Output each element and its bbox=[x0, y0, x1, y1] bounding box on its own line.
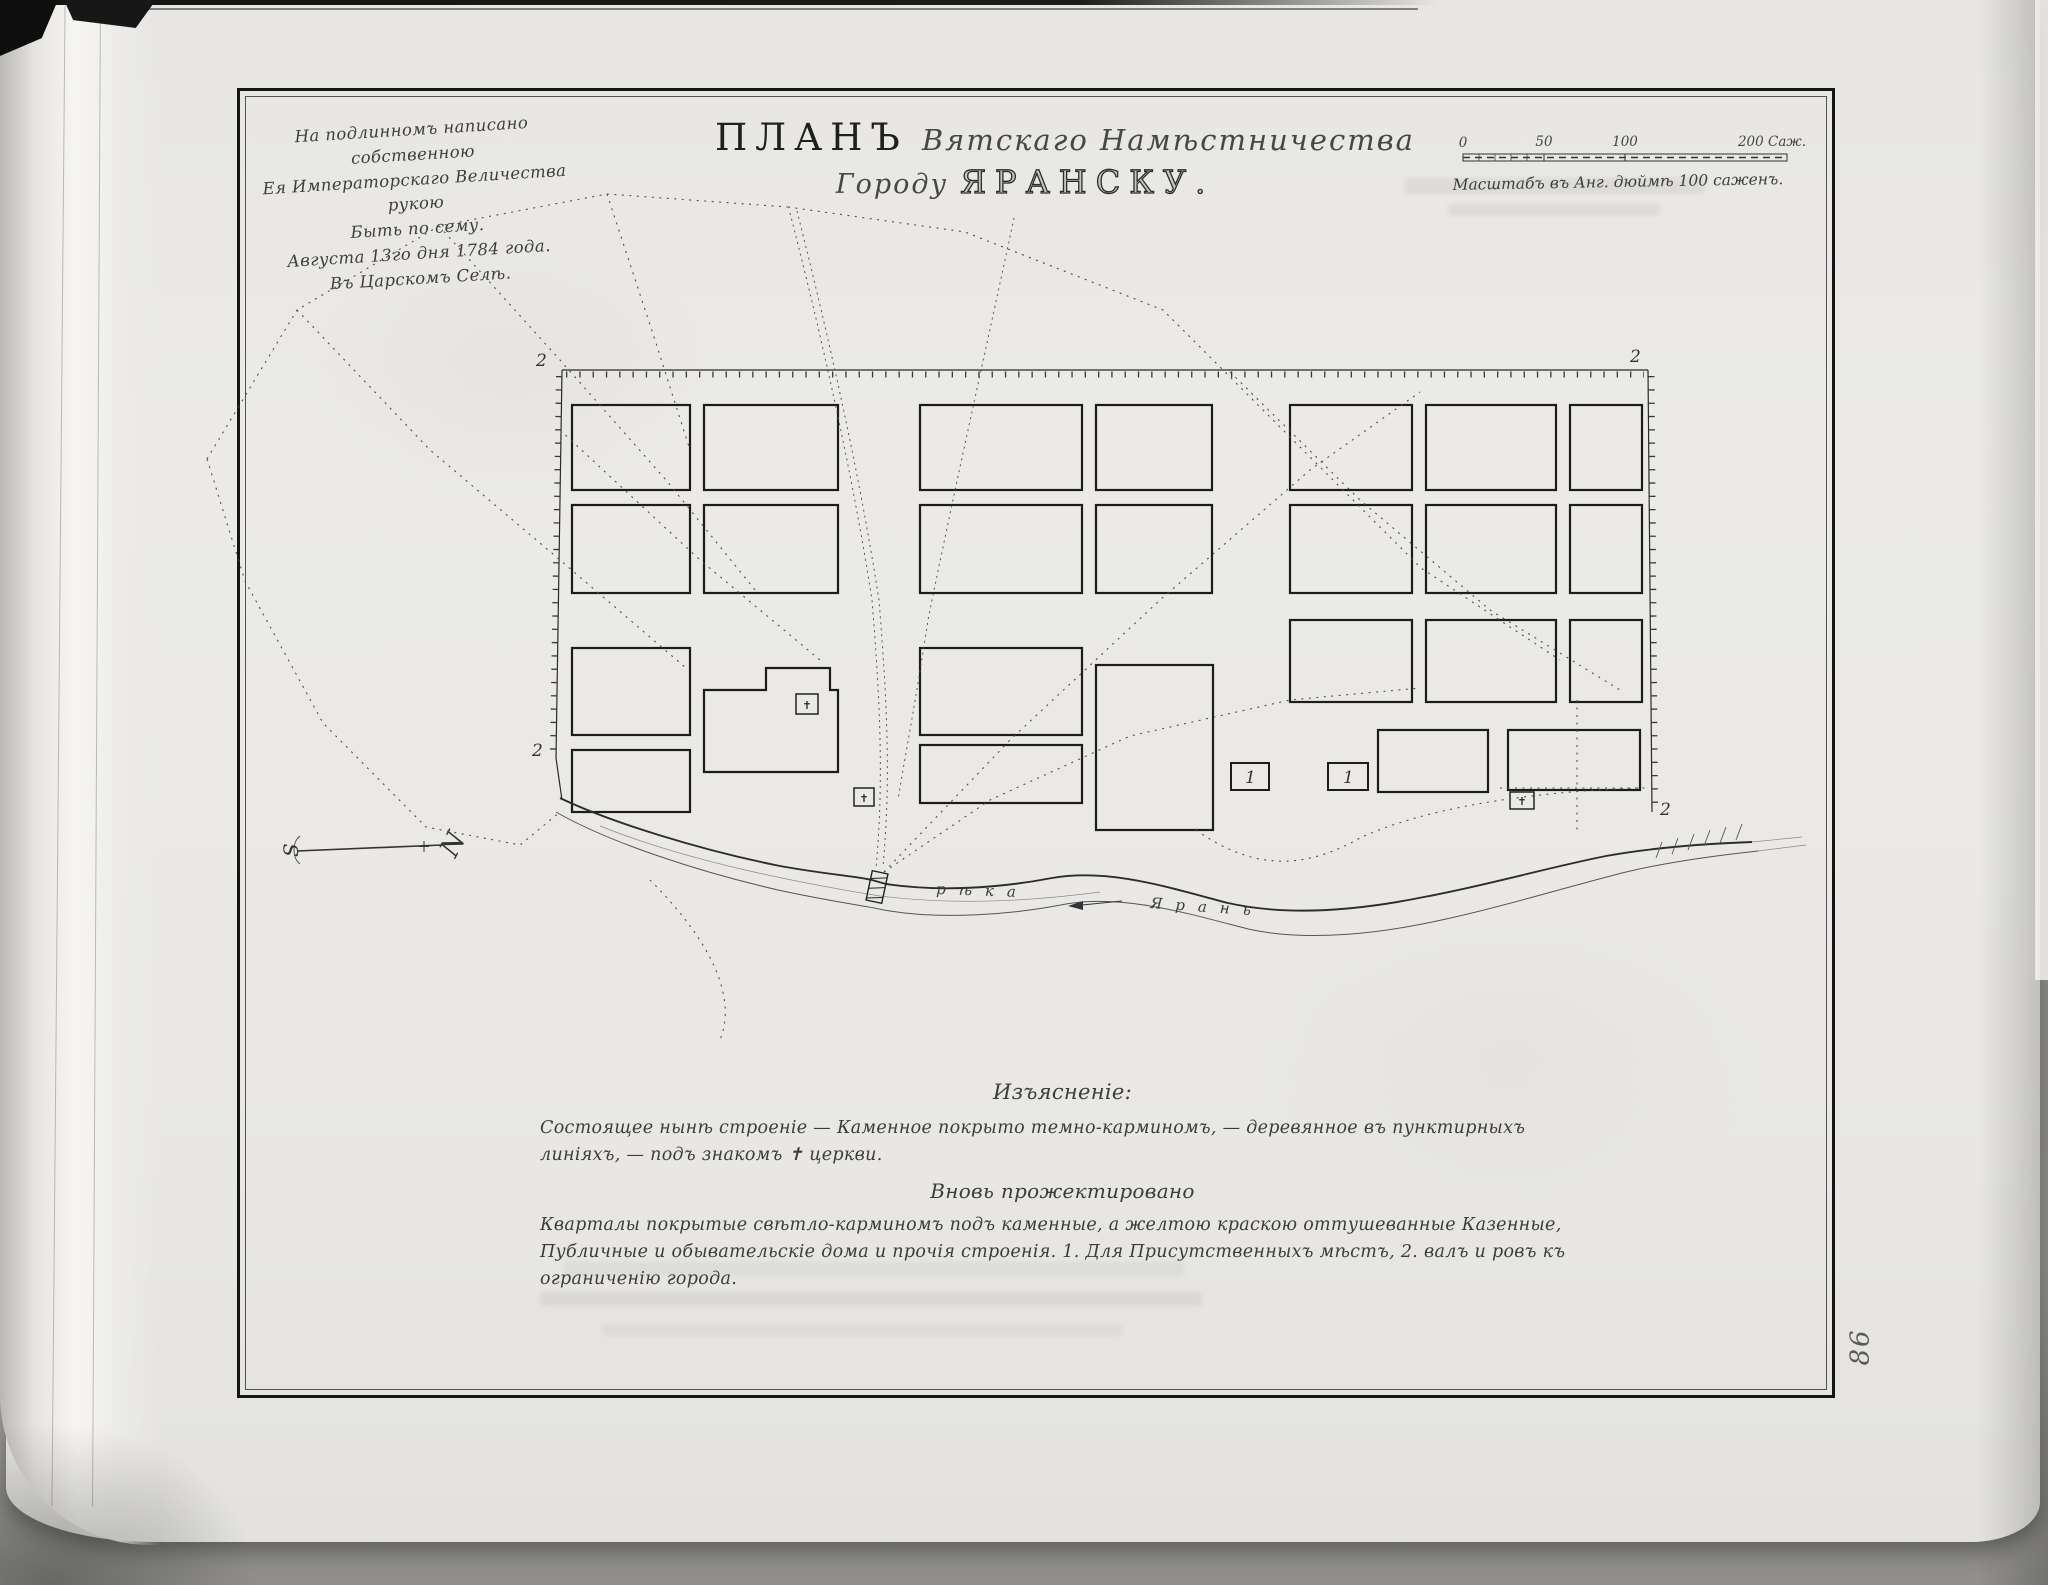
show-through-ghost bbox=[1405, 178, 1705, 194]
next-page-sliver bbox=[2035, 0, 2048, 980]
show-through-ghost bbox=[1448, 204, 1660, 216]
show-through-ghost bbox=[602, 1324, 1122, 1336]
map-title: ПЛАНЪВятскаго Намѣстничества ГородуЯРАНС… bbox=[715, 116, 1335, 201]
title-word-plan: ПЛАНЪ bbox=[715, 116, 908, 159]
legend-block: Изъясненіе: Состоящее нынѣ строеніе — Ка… bbox=[540, 1076, 1585, 1293]
show-through-ghost bbox=[540, 1292, 1202, 1306]
legend-heading: Изъясненіе: bbox=[540, 1076, 1585, 1109]
legend-existing-text: Состоящее нынѣ строеніе — Каменное покры… bbox=[540, 1115, 1585, 1169]
title-city-prefix: Городу bbox=[836, 169, 948, 200]
title-line-1: ПЛАНЪВятскаго Намѣстничества bbox=[715, 116, 1335, 159]
binding-shadow-thin bbox=[128, 8, 1418, 10]
legend-subheading: Вновь прожектировано bbox=[540, 1176, 1585, 1207]
title-city-name: ЯРАНСКУ. bbox=[960, 163, 1214, 201]
title-line-2: ГородуЯРАНСКУ. bbox=[715, 163, 1335, 201]
bottom-left-shadow bbox=[0, 1420, 260, 1585]
title-word-region: Вятскаго Намѣстничества bbox=[922, 123, 1415, 157]
legend-projected-text: Кварталы покрытые свѣтло-карминомъ подъ … bbox=[540, 1212, 1585, 1293]
binding-shadow bbox=[0, 0, 1438, 5]
imperial-inscription: На подлинномъ написано собственною Ея Им… bbox=[241, 108, 591, 302]
folio-number: 86 bbox=[1846, 1328, 1876, 1365]
scanned-atlas-photo: На подлинномъ написано собственною Ея Им… bbox=[0, 0, 2048, 1585]
book-page-edges bbox=[0, 0, 160, 1545]
